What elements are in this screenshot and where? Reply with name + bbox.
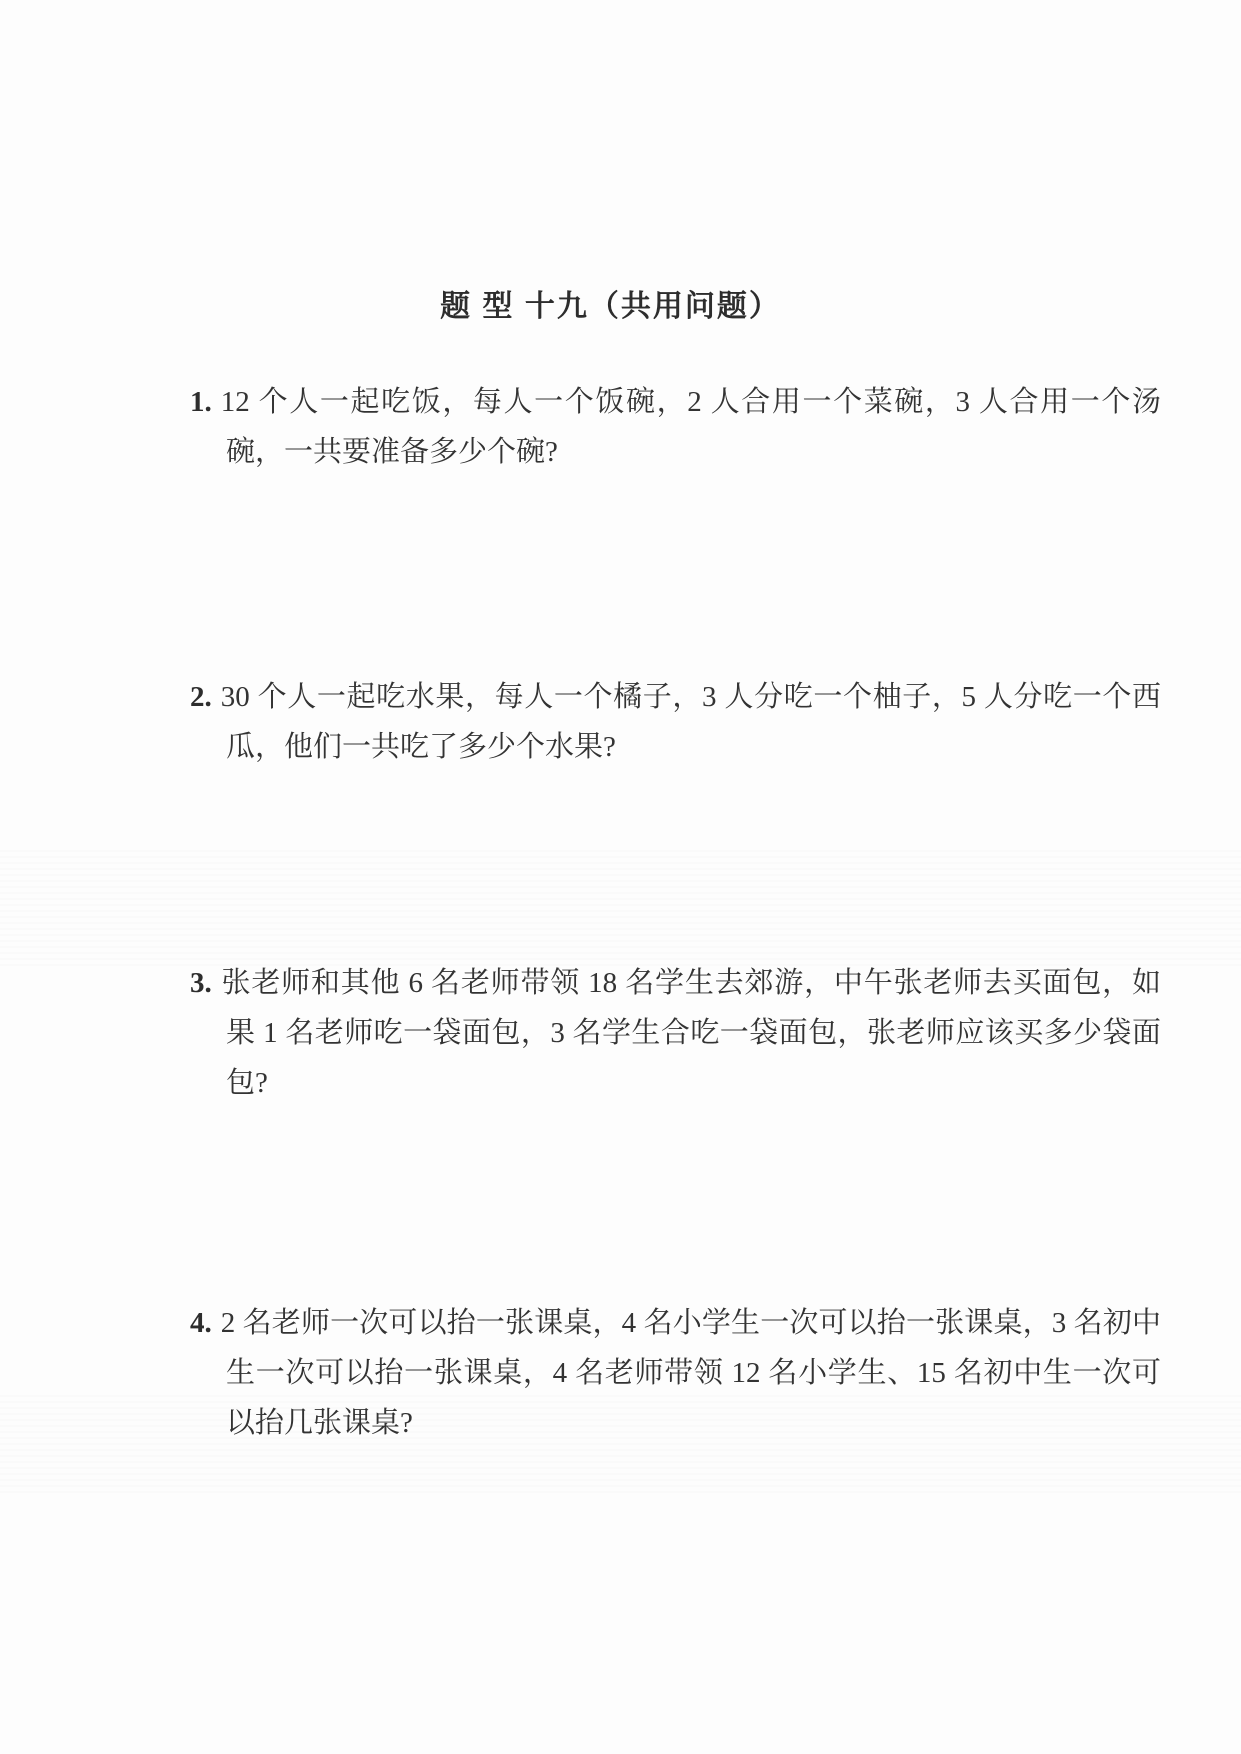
worksheet-page: 题 型 十九（共用问题） 1.12 个人一起吃饭，每人一个饭碗，2 人合用一个菜…	[0, 0, 1241, 1754]
scan-texture-band	[0, 850, 1241, 970]
problem-text: 张老师和其他 6 名老师带领 18 名学生去郊游，中午张老师去买面包，如果 1 …	[221, 967, 1161, 1099]
problem-number: 2.	[190, 681, 221, 713]
problem-text: 2 名老师一次可以抬一张课桌，4 名小学生一次可以抬一张课桌，3 名初中生一次可…	[221, 1307, 1161, 1439]
problem-number: 4.	[190, 1307, 221, 1339]
problem-item: 2.30 个人一起吃水果，每人一个橘子，3 人分吃一个柚子，5 人分吃一个西瓜，…	[190, 672, 1161, 772]
problem-number: 3.	[190, 967, 221, 999]
page-title: 题 型 十九（共用问题）	[170, 0, 1051, 325]
problem-text: 12 个人一起吃饭，每人一个饭碗，2 人合用一个菜碗，3 人合用一个汤碗，一共要…	[221, 386, 1161, 468]
problem-number: 1.	[190, 386, 221, 418]
problem-text: 30 个人一起吃水果，每人一个橘子，3 人分吃一个柚子，5 人分吃一个西瓜，他们…	[221, 681, 1161, 763]
problem-item: 4.2 名老师一次可以抬一张课桌，4 名小学生一次可以抬一张课桌，3 名初中生一…	[190, 1298, 1161, 1448]
problem-item: 1.12 个人一起吃饭，每人一个饭碗，2 人合用一个菜碗，3 人合用一个汤碗，一…	[190, 377, 1161, 477]
problem-item: 3.张老师和其他 6 名老师带领 18 名学生去郊游，中午张老师去买面包，如果 …	[190, 958, 1161, 1108]
